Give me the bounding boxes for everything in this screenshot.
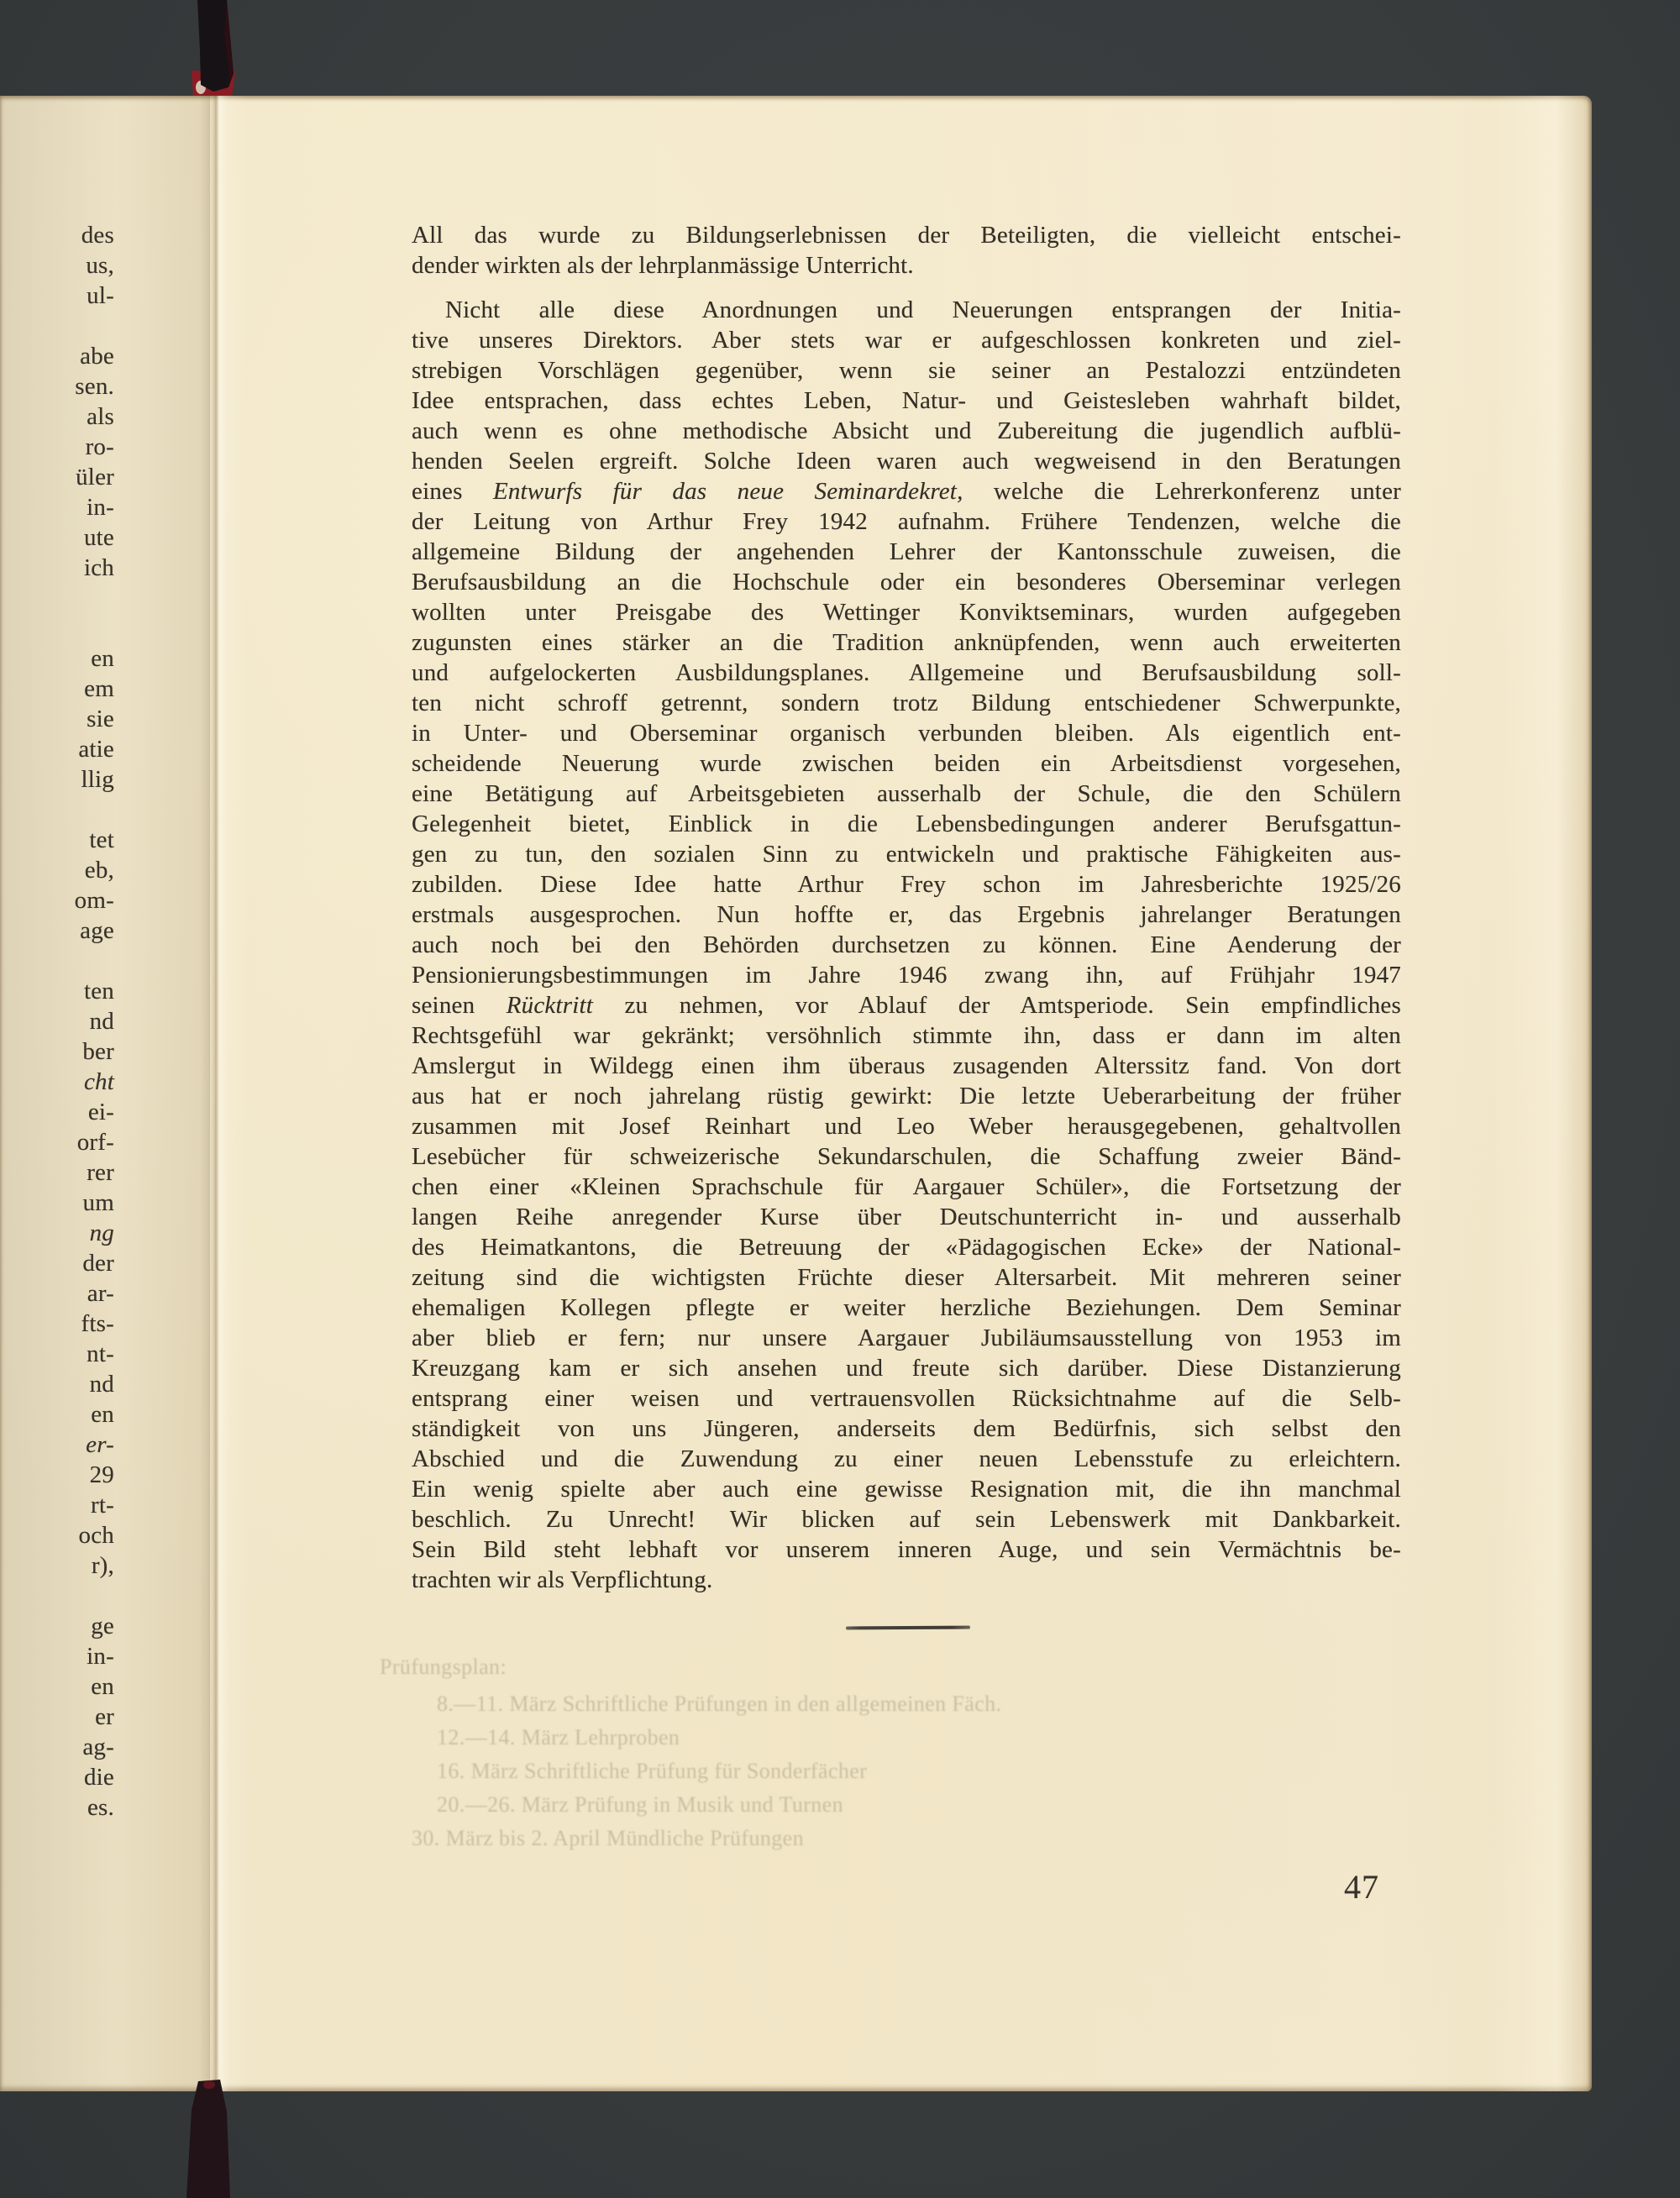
left-page-fragment: sie	[87, 704, 114, 734]
text-line: gen zu tun, den sozialen Sinn zu entwick…	[412, 839, 1401, 869]
text-line: zusammen mit Josef Reinhart und Leo Webe…	[412, 1111, 1401, 1141]
left-page-fragment: atie	[78, 734, 114, 764]
left-page-fragment: nt-	[87, 1339, 114, 1369]
text-line: beschlich. Zu Unrecht! Wir blicken auf s…	[412, 1504, 1401, 1534]
left-page-fragment: ng	[90, 1218, 114, 1248]
text-line: eines Entwurfs für das neue Seminardekre…	[412, 476, 1401, 506]
left-page-fragment: abe	[80, 341, 114, 371]
left-page-fragment: in-	[87, 492, 114, 522]
text-line: scheidende Neuerung wurde zwischen beide…	[412, 748, 1401, 779]
text-line: aber blieb er fern; nur unsere Aargauer …	[412, 1323, 1401, 1353]
italic-text-segment: Rücktritt	[507, 992, 593, 1019]
text-line: Nicht alle diese Anordnungen und Neuerun…	[412, 295, 1401, 325]
text-line: Kreuzgang kam er sich ansehen und freute…	[412, 1353, 1401, 1383]
left-page-fragment: ar-	[87, 1278, 114, 1309]
text-line: langen Reihe anregender Kurse über Deuts…	[412, 1202, 1401, 1232]
left-page-fragment: ber	[82, 1036, 114, 1067]
text-line: Ein wenig spielte aber auch eine gewisse…	[412, 1474, 1401, 1504]
left-page-fragment: er-	[86, 1429, 114, 1460]
text-line: auch noch bei den Behörden durchsetzen z…	[412, 930, 1401, 960]
left-page-fragment: die	[84, 1762, 114, 1792]
bleed-through-line: 30. März bis 2. April Mündliche Prüfunge…	[412, 1826, 804, 1851]
text-line: Idee entsprachen, dass echtes Leben, Nat…	[412, 386, 1401, 416]
italic-text-segment: Entwurfs für das neue Seminardekret,	[493, 478, 963, 505]
left-page-fragment: ich	[84, 553, 114, 583]
left-page-fragment: um	[83, 1188, 114, 1218]
section-divider-rule	[846, 1626, 970, 1630]
text-line: Pensionierungsbestimmungen im Jahre 1946…	[412, 960, 1401, 990]
text-line: allgemeine Bildung der angehenden Lehrer…	[412, 537, 1401, 567]
book-page: desus,ul-abesen.alsro-ülerin-uteichenems…	[0, 96, 1592, 2091]
left-page-fragment: eb,	[85, 855, 114, 885]
left-page-fragment: ute	[84, 522, 114, 553]
left-page-fragment: cht	[84, 1067, 114, 1097]
left-page-fragment: ag-	[82, 1732, 114, 1762]
text-line: erstmals ausgesprochen. Nun hoffte er, d…	[412, 900, 1401, 930]
left-page-fragment: ge	[91, 1611, 114, 1641]
left-page-fragment: en	[91, 643, 114, 674]
text-line: eine Betätigung auf Arbeitsgebieten auss…	[412, 779, 1401, 809]
text-line: Abschied und die Zuwendung zu einer neue…	[412, 1444, 1401, 1474]
left-page-fragment: r),	[92, 1550, 114, 1581]
bleed-through-line: 16. März Schriftliche Prüfung für Sonder…	[437, 1759, 867, 1784]
left-page-fragment: als	[87, 401, 114, 432]
left-page-fragment: ei-	[88, 1097, 114, 1127]
left-page-fragment: tet	[89, 825, 114, 855]
text-line: ständigkeit von uns Jüngeren, anderseits…	[412, 1414, 1401, 1444]
left-page-fragment: ul-	[87, 281, 114, 311]
text-line: und aufgelockerten Ausbildungsplanes. Al…	[412, 658, 1401, 688]
left-page-fragment: age	[80, 915, 114, 946]
text-segment: eines	[412, 478, 493, 505]
text-line: strebigen Vorschlägen gegenüber, wenn si…	[412, 355, 1401, 386]
text-line: der Leitung von Arthur Frey 1942 aufnahm…	[412, 506, 1401, 537]
text-line: Sein Bild steht lebhaft vor unserem inne…	[412, 1534, 1401, 1565]
left-page-fragment: in-	[87, 1641, 114, 1671]
left-page-fragment: em	[84, 674, 114, 704]
text-segment: zu nehmen, vor Ablauf der Amtsperiode. S…	[593, 992, 1401, 1019]
text-line: ehemaligen Kollegen pflegte er weiter he…	[412, 1293, 1401, 1323]
text-segment: seinen	[412, 992, 507, 1019]
paragraph: Nicht alle diese Anordnungen und Neuerun…	[412, 295, 1401, 1595]
text-line: wollten unter Preisgabe des Wettinger Ko…	[412, 597, 1401, 627]
left-page-fragments: desus,ul-abesen.alsro-ülerin-uteichenems…	[0, 0, 119, 2198]
text-segment: welche die Lehrerkonferenz unter	[963, 478, 1401, 505]
text-line: seinen Rücktritt zu nehmen, vor Ablauf d…	[412, 990, 1401, 1020]
text-line: entsprang einer weisen und vertrauensvol…	[412, 1383, 1401, 1414]
gutter-crease	[208, 96, 249, 2091]
left-page-fragment: sen.	[75, 371, 114, 401]
bottom-gutter-shadow	[176, 2078, 244, 2198]
text-line: All das wurde zu Bildungserlebnissen der…	[412, 220, 1401, 250]
text-line: chen einer «Kleinen Sprachschule für Aar…	[412, 1172, 1401, 1202]
left-page-fragment: üler	[76, 462, 114, 492]
left-page-fragment: fts-	[81, 1309, 114, 1339]
page-right-edge	[1491, 96, 1592, 2091]
left-page-fragment: ro-	[86, 432, 114, 462]
text-line: zubilden. Diese Idee hatte Arthur Frey s…	[412, 869, 1401, 900]
bleed-through-line: 8.—11. März Schriftliche Prüfungen in de…	[437, 1692, 1001, 1717]
text-line: zeitung sind die wichtigsten Früchte die…	[412, 1262, 1401, 1293]
left-page-fragment: och	[79, 1520, 114, 1550]
text-line: zugunsten eines stärker an die Tradition…	[412, 627, 1401, 658]
left-page-fragment: en	[91, 1399, 114, 1429]
left-page-fragment: nd	[90, 1369, 114, 1399]
left-page-fragment: ten	[84, 976, 114, 1006]
bleed-through-line: Prüfungsplan:	[380, 1655, 507, 1680]
left-page-fragment: 29	[90, 1460, 114, 1490]
text-line: Rechtsgefühl war gekränkt; versöhnlich s…	[412, 1020, 1401, 1051]
text-line: des Heimatkantons, die Betreuung der «Pä…	[412, 1232, 1401, 1262]
left-page-fragment: es.	[87, 1792, 114, 1823]
text-line: henden Seelen ergreift. Solche Ideen war…	[412, 446, 1401, 476]
paragraph: All das wurde zu Bildungserlebnissen der…	[412, 220, 1401, 281]
left-page-fragment: nd	[90, 1006, 114, 1036]
text-line: aus hat er noch jahrelang rüstig gewirkt…	[412, 1081, 1401, 1111]
text-line: in Unter- und Oberseminar organisch verb…	[412, 718, 1401, 748]
text-line: Lesebücher für schweizerische Sekundarsc…	[412, 1141, 1401, 1172]
bleed-through-line: 20.—26. März Prüfung in Musik und Turnen	[437, 1792, 843, 1818]
text-line: Gelegenheit bietet, Einblick in die Lebe…	[412, 809, 1401, 839]
text-line: Berufsausbildung an die Hochschule oder …	[412, 567, 1401, 597]
text-line: tive unseres Direktors. Aber stets war e…	[412, 325, 1401, 355]
bookmark-ribbon-icon	[178, 0, 245, 108]
left-page-fragment: rt-	[91, 1490, 114, 1520]
left-page-fragment: llig	[81, 764, 114, 795]
left-page-fragment: en	[91, 1671, 114, 1702]
text-line: dender wirkten als der lehrplanmässige U…	[412, 250, 1401, 281]
left-page-fragment: der	[82, 1248, 114, 1278]
left-page-fragment: om-	[75, 885, 114, 915]
left-page-fragment: us,	[86, 250, 114, 281]
main-text: All das wurde zu Bildungserlebnissen der…	[412, 220, 1401, 1595]
left-page-fragment: des	[81, 220, 114, 250]
text-line: auch wenn es ohne methodische Absicht un…	[412, 416, 1401, 446]
scanned-book-spread: desus,ul-abesen.alsro-ülerin-uteichenems…	[0, 0, 1680, 2198]
left-page-fragment: er	[95, 1702, 114, 1732]
text-line: trachten wir als Verpflichtung.	[412, 1565, 1401, 1595]
text-line: ten nicht schroff getrennt, sondern trot…	[412, 688, 1401, 718]
page-number: 47	[1344, 1867, 1379, 1907]
text-line: Amslergut in Wildegg einen ihm überaus z…	[412, 1051, 1401, 1081]
bleed-through-line: 12.—14. März Lehrproben	[437, 1725, 680, 1750]
left-page-fragment: rer	[87, 1157, 114, 1188]
left-page-fragment: orf-	[77, 1127, 114, 1157]
